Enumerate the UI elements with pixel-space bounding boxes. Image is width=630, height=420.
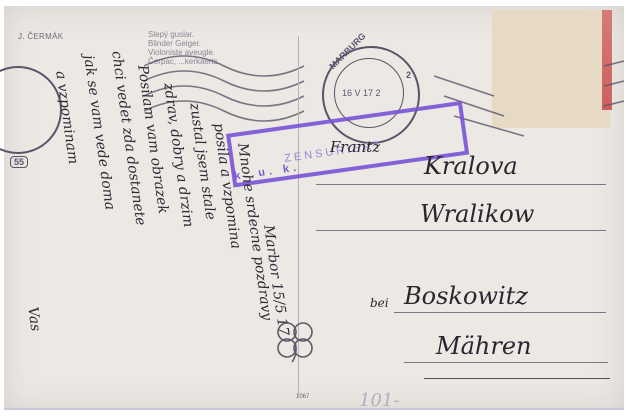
publisher-clover-logo-icon (272, 318, 318, 364)
address-region: Mähren (436, 332, 531, 360)
address-town: Wralikow (420, 200, 534, 228)
postmark-left-code: 55 (10, 156, 28, 168)
postmark-main-suffix: 2 (406, 70, 411, 80)
address-name: Kralova (424, 152, 518, 180)
address-line (316, 230, 606, 231)
publisher-number: 1067 (296, 394, 309, 400)
address-line (404, 362, 608, 363)
message-line: Vas (24, 306, 43, 332)
address-line (316, 184, 606, 185)
address-bei: bei (370, 296, 389, 310)
postcard: J. ČERMÁK Slepý guslar. Blinder Geiger. … (4, 6, 624, 410)
address-salutation: Frantz (330, 138, 380, 156)
pencil-note: 101- (359, 390, 399, 411)
postmark-main-date: 16 V 17 2 (342, 88, 381, 98)
publisher-name: J. ČERMÁK (18, 32, 63, 41)
address-line (424, 378, 610, 379)
address-line (394, 312, 606, 313)
address-district: Boskowitz (404, 282, 528, 310)
